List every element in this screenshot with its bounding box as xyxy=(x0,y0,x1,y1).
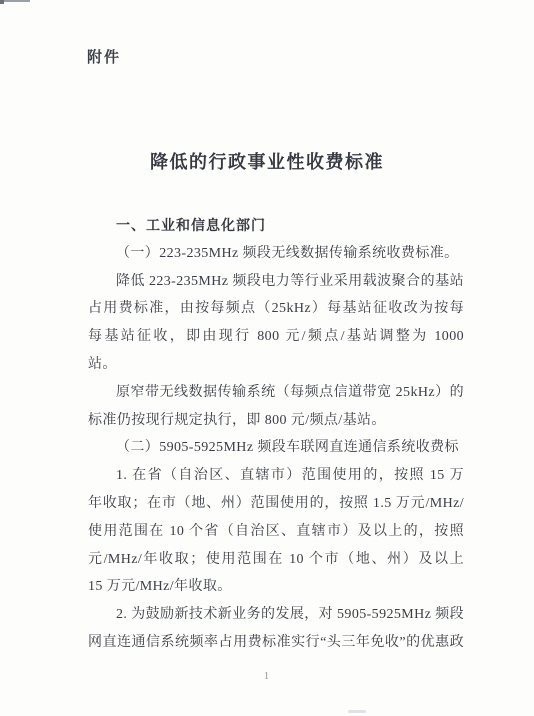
section-heading: 一、工业和信息化部门 xyxy=(88,212,464,240)
document-line: 15 万元/MHz/年收取。 xyxy=(88,573,464,601)
document-title: 降低的行政事业性收费标准 xyxy=(0,150,534,174)
document-line: 2. 为鼓励新技术新业务的发展，对 5905-5925MHz 频段车联 xyxy=(88,601,464,629)
document-line: 标准仍按现行规定执行，即 800 元/频点/基站。 xyxy=(88,407,464,435)
document-line: （一）223-235MHz 频段无线数据传输系统收费标准。 xyxy=(88,240,464,268)
document-line: 年收取；在市（地、州）范围使用的，按照 1.5 万元/MHz/年。 xyxy=(88,490,464,518)
document-line: 站。 xyxy=(88,351,464,379)
document-line: 原窄带无线数据传输系统（每频点信道带宽 25kHz）的收费 xyxy=(88,379,464,407)
scan-edge-artifact xyxy=(0,0,30,2)
document-line: 元/MHz/年收取；使用范围在 10 个市（地、州）及以上的，按照 xyxy=(88,546,464,574)
scan-corner-artifact xyxy=(0,0,4,4)
document-line: 降低 223-235MHz 频段电力等行业采用载波聚合的基站频率 xyxy=(88,268,464,296)
document-body: 一、工业和信息化部门（一）223-235MHz 频段无线数据传输系统收费标准。降… xyxy=(88,212,464,657)
document-line: 每基站征收，即由现行 800 元/频点/基站调整为 1000 元/MHz/基 xyxy=(88,323,464,351)
document-line: （二）5905-5925MHz 频段车联网直连通信系统收费标准。 xyxy=(88,434,464,462)
document-line: 网直连通信系统频率占用费标准实行“头三年免收”的优惠政策， xyxy=(88,629,464,657)
attachment-label: 附件 xyxy=(87,46,121,67)
document-line: 占用费标准，由按每频点（25kHz）每基站征收改为按每 MHz xyxy=(88,295,464,323)
document-line: 1. 在省（自治区、直辖市）范围使用的，按照 15 万元/MHz/ xyxy=(88,462,464,490)
scanned-document-page: 附件 降低的行政事业性收费标准 一、工业和信息化部门（一）223-235MHz … xyxy=(0,0,534,716)
document-line: 使用范围在 10 个省（自治区、直辖市）及以上的，按照 150 万 xyxy=(88,518,464,546)
page-number: 1 xyxy=(0,670,534,684)
scan-smudge-artifact xyxy=(348,710,366,713)
